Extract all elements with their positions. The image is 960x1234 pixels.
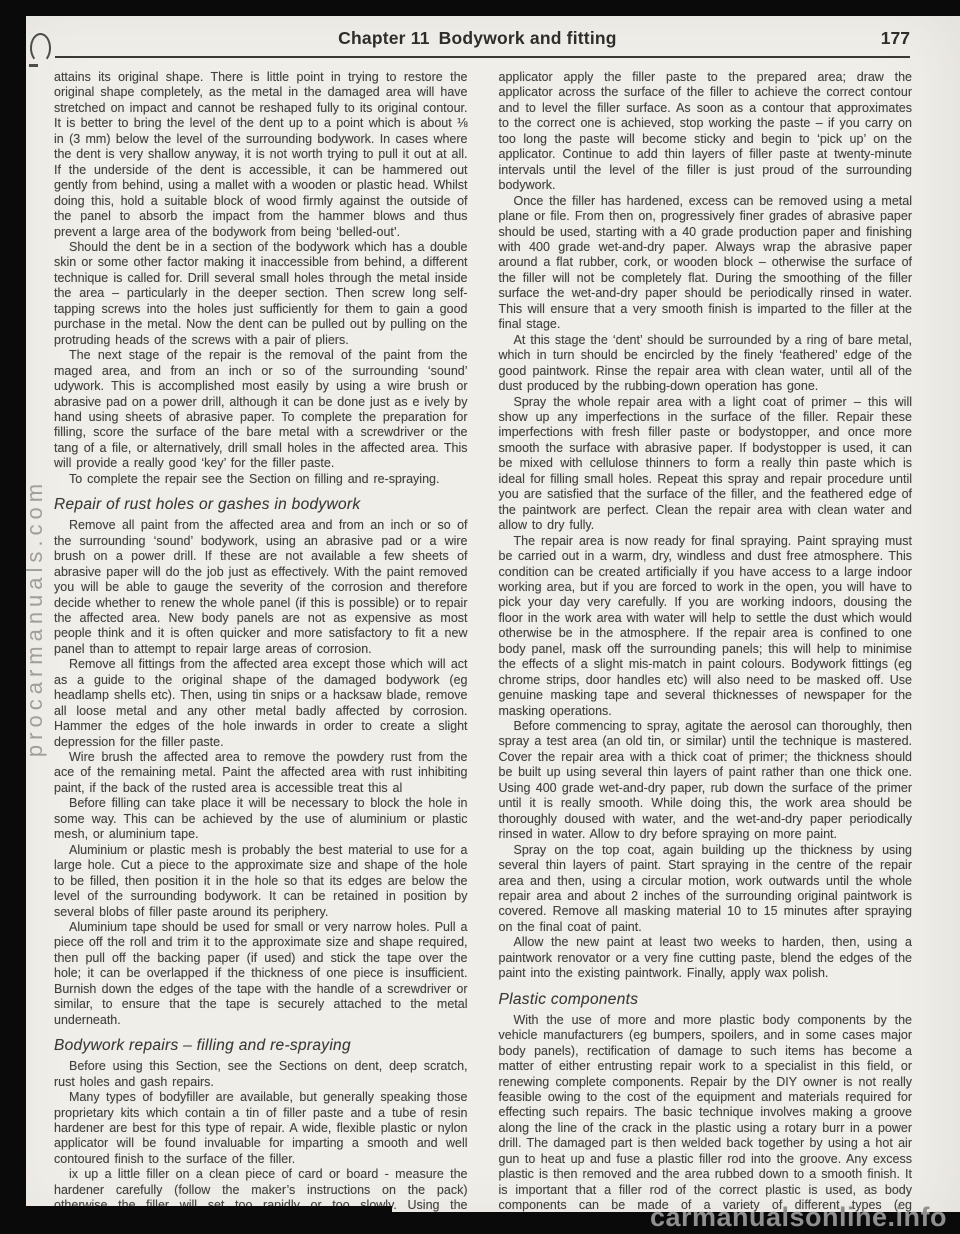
chapter-name: Bodywork and fitting bbox=[439, 28, 617, 48]
binder-hole-dash bbox=[29, 64, 38, 67]
paragraph: applicator apply the filler paste to the… bbox=[499, 70, 913, 194]
paragraph: At this stage the ‘dent’ should be surro… bbox=[499, 333, 913, 395]
paragraph: Remove all fittings from the affected ar… bbox=[54, 657, 468, 750]
section-heading: Repair of rust holes or gashes in bodywo… bbox=[54, 496, 468, 514]
header-rule bbox=[55, 56, 910, 59]
paragraph: Once the filler has hardened, excess can… bbox=[499, 194, 913, 333]
paragraph: Before filling can take place it will be… bbox=[54, 796, 468, 842]
page-header: Chapter 11Bodywork and fitting 177 bbox=[54, 28, 912, 50]
paragraph: Should the dent be in a section of the b… bbox=[54, 240, 468, 348]
paragraph: attains its original shape. There is lit… bbox=[54, 70, 468, 240]
paragraph: Before commencing to spray, agitate the … bbox=[499, 719, 913, 843]
chapter-title: Chapter 11Bodywork and fitting bbox=[338, 28, 617, 49]
paragraph: Allow the new paint at least two weeks t… bbox=[499, 935, 913, 981]
paragraph: Spray the whole repair area with a light… bbox=[499, 395, 913, 534]
paragraph: To complete the repair see the Section o… bbox=[54, 472, 468, 487]
left-column: attains its original shape. There is lit… bbox=[54, 70, 468, 1210]
paragraph: The next stage of the repair is the remo… bbox=[54, 348, 468, 472]
watermark-bottom: carmanualsonline.info bbox=[650, 1202, 947, 1233]
paragraph: Many types of bodyfiller are available, … bbox=[54, 1090, 468, 1167]
paragraph: Aluminium or plastic mesh is probably th… bbox=[54, 843, 468, 920]
paragraph: With the use of more and more plastic bo… bbox=[499, 1013, 913, 1229]
watermark-vertical: procarmanuals.com bbox=[22, 479, 48, 757]
page-number: 177 bbox=[881, 28, 910, 49]
section-heading: Bodywork repairs – filling and re-sprayi… bbox=[54, 1037, 468, 1055]
section-heading: Plastic components bbox=[499, 991, 913, 1009]
paragraph: The repair area is now ready for final s… bbox=[499, 534, 913, 719]
paragraph: Before using this Section, see the Secti… bbox=[54, 1059, 468, 1090]
paragraph: Spray on the top coat, again building up… bbox=[499, 843, 913, 936]
right-column: applicator apply the filler paste to the… bbox=[499, 70, 913, 1210]
scanned-page: Chapter 11Bodywork and fitting 177 attai… bbox=[0, 0, 960, 1234]
two-column-text: attains its original shape. There is lit… bbox=[54, 70, 912, 1210]
paragraph: Wire brush the affected area to remove t… bbox=[54, 750, 468, 796]
paragraph: Aluminium tape should be used for small … bbox=[54, 920, 468, 1028]
chapter-label: Chapter 11 bbox=[338, 28, 429, 48]
scan-edge-top bbox=[0, 0, 960, 16]
paragraph: Remove all paint from the affected area … bbox=[54, 518, 468, 657]
binder-hole-mark bbox=[30, 33, 51, 63]
